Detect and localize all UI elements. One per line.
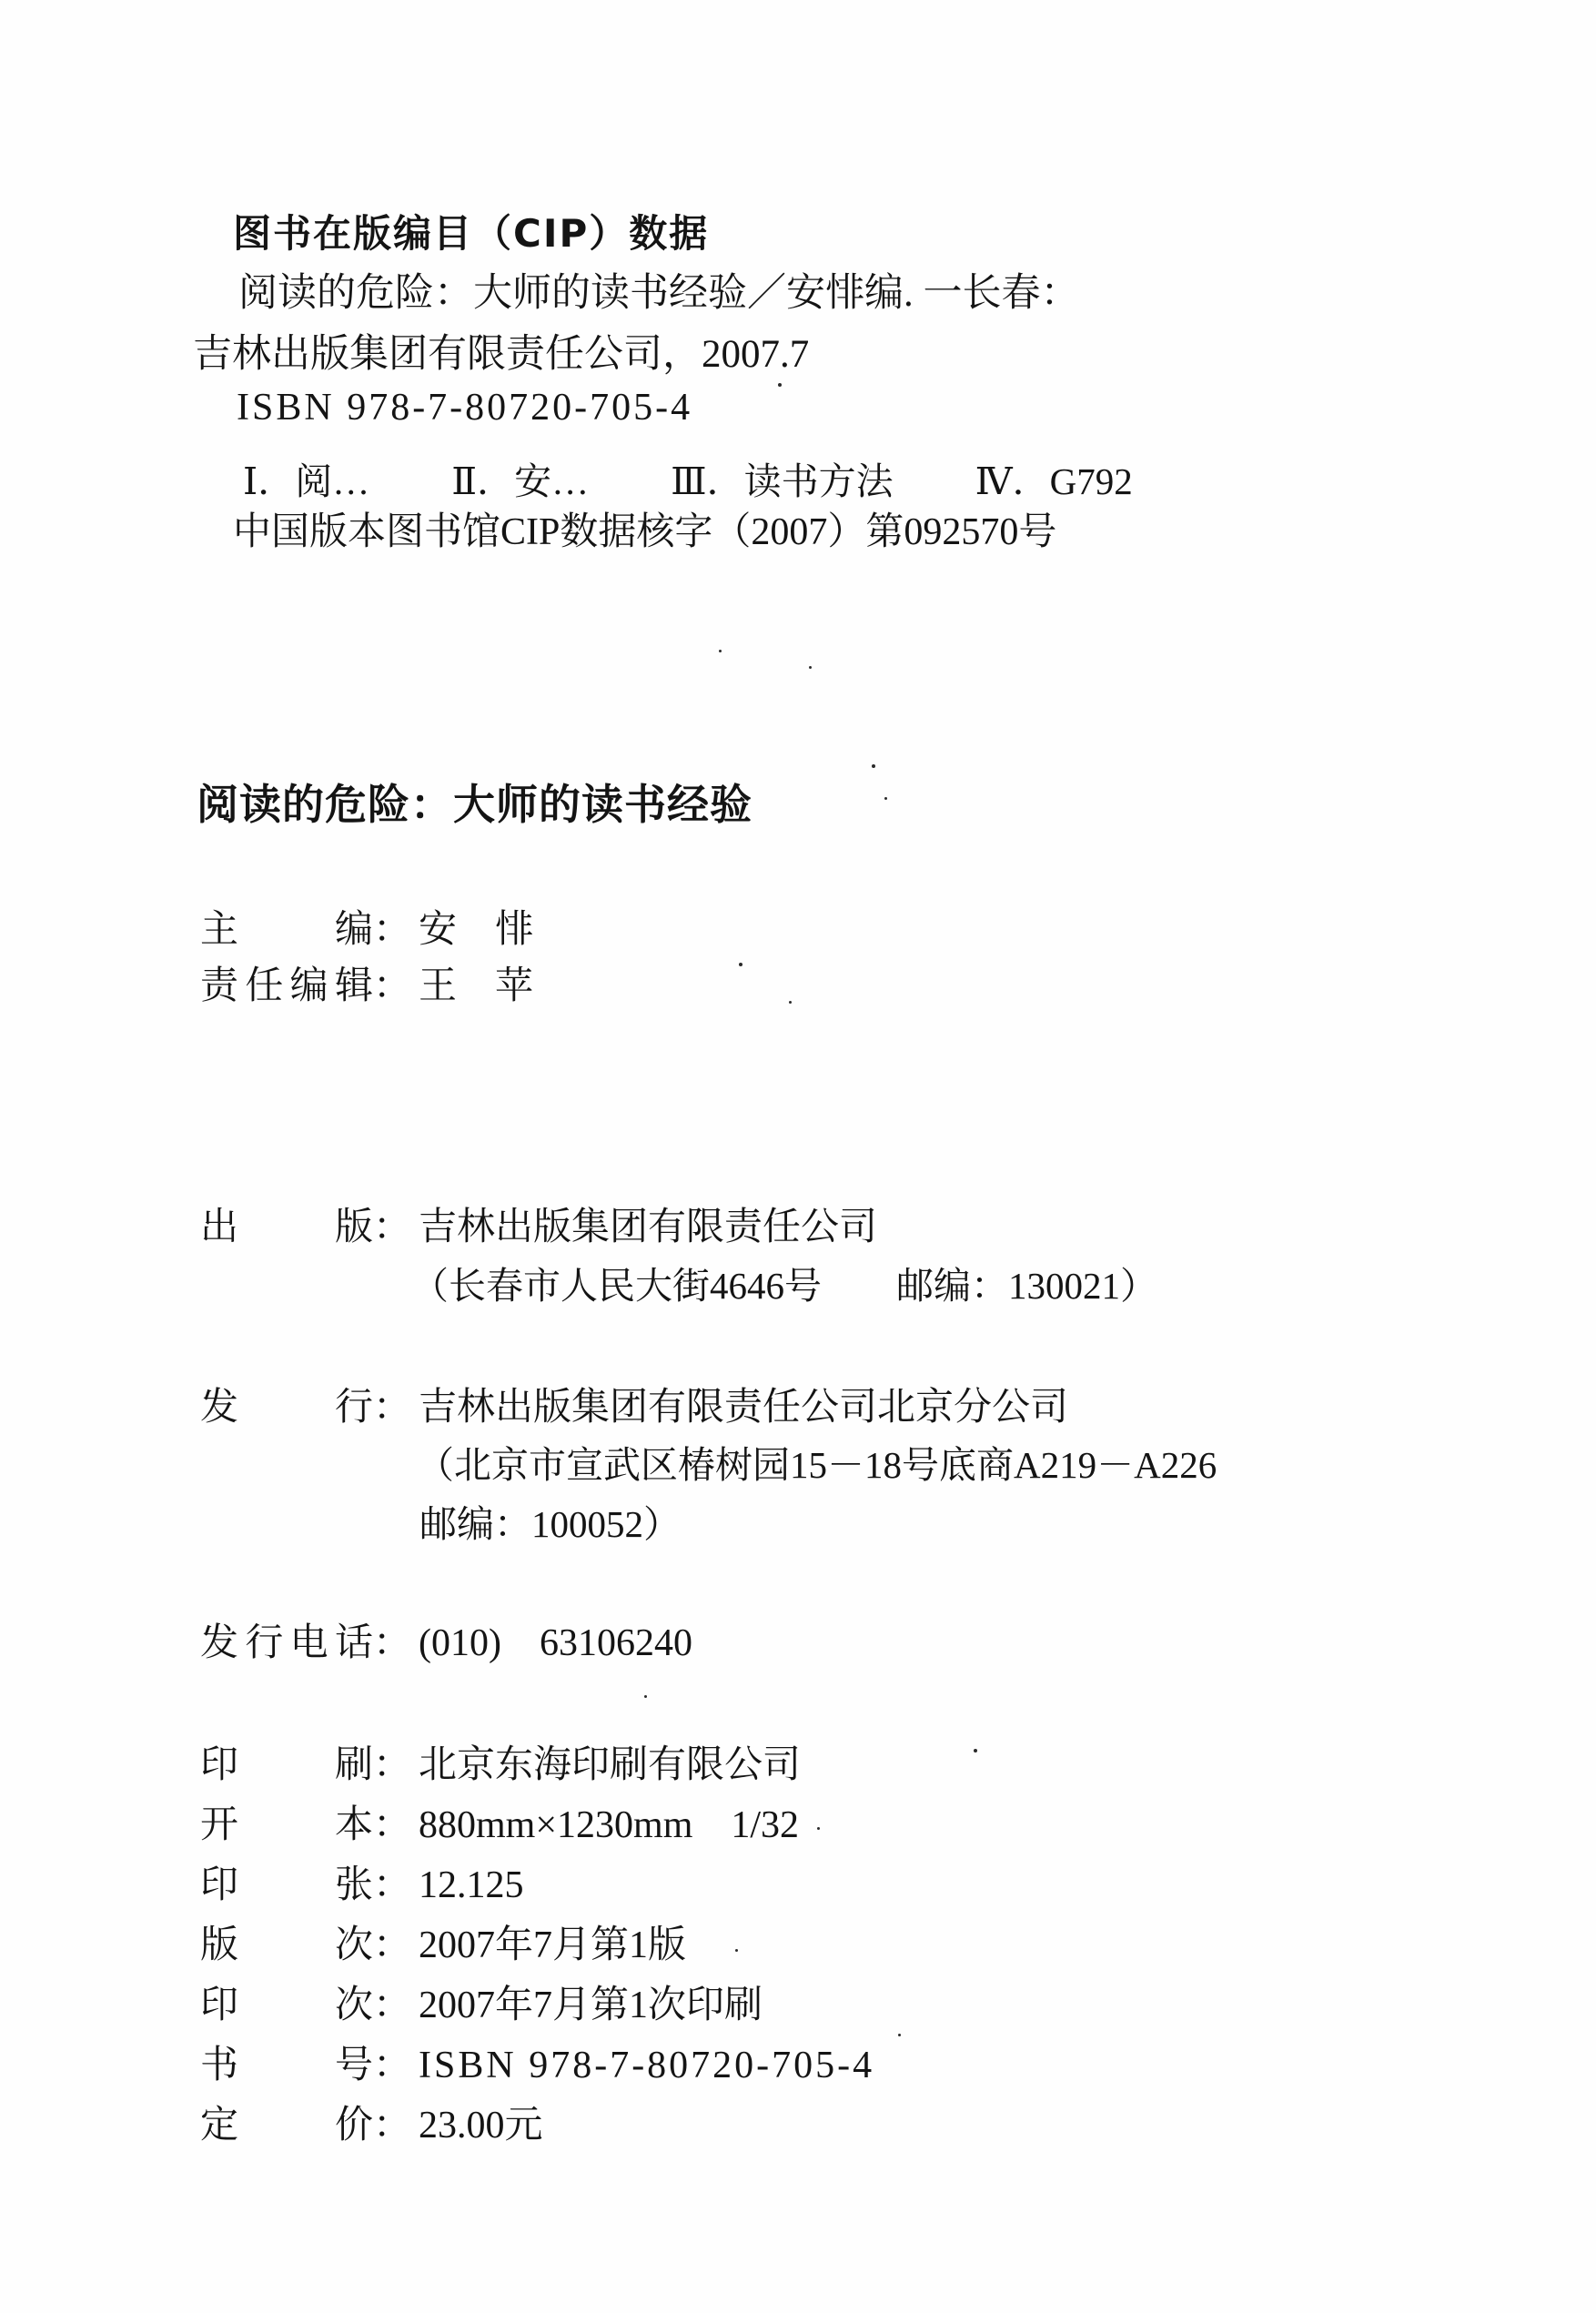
distributor-name: 吉林出版集团有限责任公司北京分公司 [419, 1377, 1068, 1431]
format-label: 开本 [200, 1794, 373, 1849]
cip-isbn: ISBN 978-7-80720-705-4 [237, 386, 692, 429]
scan-speck [974, 1749, 977, 1752]
distribution-phone-label: 发行电话 [200, 1612, 373, 1667]
distributor-label: 发行 [200, 1377, 373, 1431]
label-colon: ： [373, 1794, 411, 1849]
distribution-phone-number: (010) 63106240 [419, 1612, 692, 1667]
format-value: 880mm×1230mm 1/32 [419, 1794, 799, 1849]
cip-record-number: 中国版本图书馆CIP数据核字（2007）第092570号 [233, 501, 1056, 556]
impression-label: 印次 [200, 1975, 373, 2029]
label-colon: ： [373, 1854, 411, 1909]
printing-label: 印刷 [200, 1734, 373, 1789]
edition-value: 2007年7月第1版 [419, 1914, 686, 1969]
label-colon: ： [373, 1914, 411, 1969]
cip-subject-1: Ⅰ．阅… [243, 451, 369, 505]
cip-publisher-statement: 吉林出版集团有限责任公司，2007.7 [193, 323, 809, 379]
format-row: 开本： 880mm×1230mm 1/32 [200, 1794, 874, 1854]
scan-speck [789, 1001, 792, 1004]
impression-row: 印次： 2007年7月第1次印刷 [200, 1975, 874, 2035]
publisher-row: 出版： 吉林出版集团有限责任公司 [200, 1197, 877, 1251]
cip-copyright-page: 图书在版编目（CIP）数据 阅读的危险：大师的读书经验／安悱编. 一长春： 吉林… [0, 0, 1596, 2313]
label-colon: ： [373, 1377, 411, 1431]
edition-row: 版次： 2007年7月第1版 [200, 1914, 874, 1975]
book-number-label: 书号 [200, 2035, 373, 2089]
responsible-editor-row: 责任编辑： 王 苹 [200, 955, 533, 1010]
cip-title-statement: 阅读的危险：大师的读书经验／安悱编. 一长春： [238, 262, 1080, 318]
scan-speck [817, 1827, 820, 1830]
scan-speck [898, 2034, 901, 2036]
publisher-label: 出版 [200, 1197, 373, 1251]
book-title: 阅读的危险：大师的读书经验 [197, 772, 753, 832]
scan-speck [872, 764, 875, 768]
label-colon: ： [373, 2095, 411, 2149]
edition-label: 版次 [200, 1914, 373, 1969]
publisher-name: 吉林出版集团有限责任公司 [419, 1197, 877, 1251]
chief-editor-name: 安 悱 [419, 899, 533, 954]
distributor-row: 发行： 吉林出版集团有限责任公司北京分公司 [200, 1377, 1068, 1431]
distributor-address-line1: （北京市宣武区椿树园15－18号底商A219－A226 [417, 1435, 1217, 1489]
label-colon: ： [373, 1734, 411, 1789]
cip-subject-4: Ⅳ．G792 [975, 451, 1133, 505]
price-row: 定价： 23.00元 [200, 2095, 874, 2155]
scan-speck [719, 650, 722, 652]
scan-speck [735, 1949, 738, 1952]
scan-speck [644, 1695, 647, 1698]
distributor-address-line2: 邮编：100052） [419, 1494, 681, 1548]
chief-editor-row: 主编： 安 悱 [200, 899, 533, 954]
responsible-editor-label: 责任编辑 [200, 955, 373, 1010]
imprint-block: 印刷： 北京东海印刷有限公司 开本： 880mm×1230mm 1/32 印张：… [200, 1734, 874, 2155]
cip-block-header: 图书在版编目（CIP）数据 [233, 204, 709, 258]
responsible-editor-name: 王 苹 [419, 955, 533, 1010]
book-number-value: ISBN 978-7-80720-705-4 [419, 2044, 874, 2087]
cip-subject-line: Ⅰ．阅… Ⅱ．安… Ⅲ．读书方法 Ⅳ．G792 [243, 451, 1133, 505]
cip-subject-3: Ⅲ．读书方法 [671, 451, 894, 505]
price-label: 定价 [200, 2095, 373, 2149]
label-colon: ： [373, 1612, 411, 1667]
scan-speck [739, 963, 742, 966]
printing-row: 印刷： 北京东海印刷有限公司 [200, 1734, 874, 1794]
sheets-value: 12.125 [419, 1864, 524, 1907]
scan-speck [778, 383, 782, 387]
label-colon: ： [373, 2035, 411, 2089]
impression-value: 2007年7月第1次印刷 [419, 1975, 763, 2029]
publisher-address: （长春市人民大街4646号 邮编：130021） [411, 1256, 1157, 1309]
cip-subject-2: Ⅱ．安… [451, 451, 589, 505]
sheets-row: 印张： 12.125 [200, 1854, 874, 1914]
scan-speck [884, 797, 887, 800]
label-colon: ： [373, 899, 411, 954]
label-colon: ： [373, 1197, 411, 1251]
price-value: 23.00元 [419, 2095, 543, 2149]
printing-value: 北京东海印刷有限公司 [419, 1734, 801, 1789]
sheets-label: 印张 [200, 1854, 373, 1909]
distribution-phone-row: 发行电话： (010) 63106240 [200, 1612, 692, 1667]
scan-speck [809, 666, 812, 669]
chief-editor-label: 主编 [200, 899, 373, 954]
label-colon: ： [373, 1975, 411, 2029]
label-colon: ： [373, 955, 411, 1010]
book-number-row: 书号： ISBN 978-7-80720-705-4 [200, 2035, 874, 2095]
